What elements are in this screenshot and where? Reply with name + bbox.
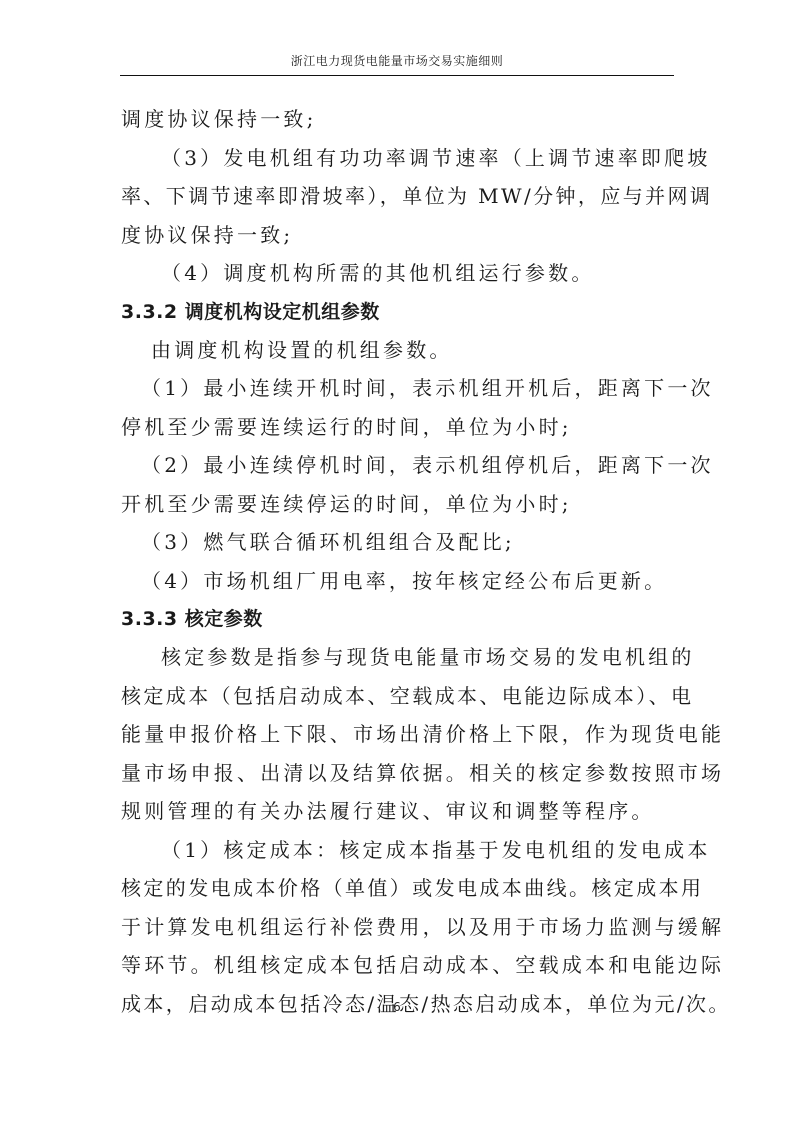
page-number: 6 xyxy=(0,1000,794,1014)
list-item-3-line1: （3）发电机组有功功率调节速率（上调节速率即爬坡 xyxy=(121,139,677,178)
paragraph-line: 能量申报价格上下限、市场出清价格上下限，作为现货电能 xyxy=(121,715,677,754)
list-item-4: （4）市场机组厂用电率，按年核定经公布后更新。 xyxy=(121,562,677,601)
section-heading-3-3-2: 3.3.2 调度机构设定机组参数 xyxy=(121,293,677,331)
paragraph-line: 由调度机构设置的机组参数。 xyxy=(121,331,677,370)
paragraph-line: 核定参数是指参与现货电能量市场交易的发电机组的 xyxy=(121,638,677,677)
header-divider xyxy=(120,75,674,76)
list-item-2-line2: 开机至少需要连续停运的时间，单位为小时; xyxy=(121,485,677,524)
paragraph-line: 规则管理的有关办法履行建议、审议和调整等程序。 xyxy=(121,792,677,831)
list-item-3-line2: 率、下调节速率即滑坡率），单位为 MW/分钟，应与并网调 xyxy=(121,177,677,216)
list-item-1-line3: 于计算发电机组运行补偿费用，以及用于市场力监测与缓解 xyxy=(121,908,677,947)
document-body: 调度协议保持一致; （3）发电机组有功功率调节速率（上调节速率即爬坡 率、下调节… xyxy=(121,100,677,1023)
paragraph-line: 量市场申报、出清以及结算依据。相关的核定参数按照市场 xyxy=(121,754,677,793)
list-item-3-line3: 度协议保持一致; xyxy=(121,216,677,255)
list-item-2-line1: （2）最小连续停机时间，表示机组停机后，距离下一次 xyxy=(121,446,677,485)
list-item-1-line2: 核定的发电成本价格（单值）或发电成本曲线。核定成本用 xyxy=(121,869,677,908)
section-heading-3-3-3: 3.3.3 核定参数 xyxy=(121,600,677,638)
list-item-3: （3）燃气联合循环机组组合及配比; xyxy=(121,523,677,562)
document-header: 浙江电力现货电能量市场交易实施细则 xyxy=(120,52,674,69)
paragraph-line: 调度协议保持一致; xyxy=(121,100,677,139)
paragraph-line: 核定成本（包括启动成本、空载成本、电能边际成本）、电 xyxy=(121,677,677,716)
list-item-1-line1: （1）核定成本：核定成本指基于发电机组的发电成本 xyxy=(121,831,677,870)
list-item-1-line1: （1）最小连续开机时间，表示机组开机后，距离下一次 xyxy=(121,369,677,408)
list-item-1-line2: 停机至少需要连续运行的时间，单位为小时; xyxy=(121,408,677,447)
list-item-1-line4: 等环节。机组核定成本包括启动成本、空载成本和电能边际 xyxy=(121,946,677,985)
list-item-4: （4）调度机构所需的其他机组运行参数。 xyxy=(121,254,677,293)
